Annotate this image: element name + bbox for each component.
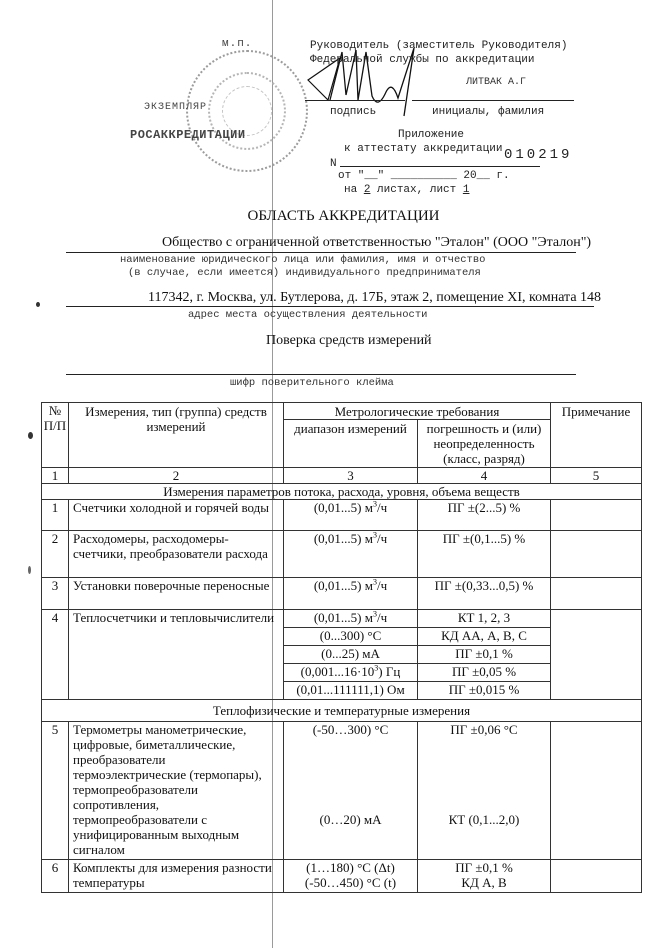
signer-name-stamp: ЛИТВАК А.Г bbox=[466, 77, 526, 88]
certificate-date: от "__" __________ 20__ г. bbox=[338, 170, 510, 182]
table-row: 3 Установки поверочные переносные (0,01.… bbox=[42, 578, 642, 610]
activity-type: Поверка средств измерений bbox=[266, 333, 432, 349]
address-caption: адрес места осуществления деятельности bbox=[188, 309, 427, 321]
row-range: (1…180) °C (Δt) (-50…450) °C (t) bbox=[284, 860, 418, 893]
row-name: Комплекты для измерения разности темпера… bbox=[69, 860, 284, 893]
row-range: (0,001...16·103) Гц bbox=[284, 664, 418, 682]
stamp-copy-label: ЭКЗЕМПЛЯР bbox=[144, 102, 207, 113]
row-range: (-50…300) °C (0…20) мА bbox=[284, 722, 418, 860]
section-title: Теплофизические и температурные измерени… bbox=[42, 700, 642, 722]
authority-title-line2: Федеральной службы по аккредитации bbox=[310, 54, 534, 66]
organization-line bbox=[66, 252, 576, 253]
row-accuracy: ПГ ±0,015 % bbox=[418, 682, 551, 700]
row-note bbox=[551, 578, 642, 610]
row-name: Термометры манометрические, цифровые, би… bbox=[69, 722, 284, 860]
section-title: Измерения параметров потока, расхода, ур… bbox=[42, 484, 642, 500]
name-line bbox=[412, 100, 574, 101]
row-name: Теплосчетчики и тепловычислители bbox=[69, 610, 284, 700]
row-name: Счетчики холодной и горячей воды bbox=[69, 500, 284, 531]
stamp-agency-label: РОСАККРЕДИТАЦИИ bbox=[130, 128, 246, 142]
sheets-prefix: на bbox=[344, 184, 357, 196]
row-name: Расходомеры, расходомеры-счетчики, преоб… bbox=[69, 531, 284, 578]
row-note bbox=[551, 531, 642, 578]
signature-caption: подпись bbox=[330, 106, 376, 118]
accreditation-scope-table: № П/П Измерения, тип (группа) средств из… bbox=[41, 402, 642, 893]
header-metrological: Метрологические требования bbox=[284, 403, 551, 420]
organization-caption-2: (в случае, если имеется) индивидуального… bbox=[128, 267, 481, 279]
table-row: 4 Теплосчетчики и тепловычислители (0,01… bbox=[42, 610, 642, 628]
certificate-number-prefix: N bbox=[330, 158, 337, 170]
row-accuracy: ПГ ±0,06 °C КТ (0,1...2,0) bbox=[418, 722, 551, 860]
row-range: (0...300) °C bbox=[284, 628, 418, 646]
sheets-info: на 2 листах, лист 1 bbox=[344, 184, 469, 196]
row-note bbox=[551, 860, 642, 893]
header-accuracy: погрешность и (или) неопределенность (кл… bbox=[418, 420, 551, 468]
header-range: диапазон измерений bbox=[284, 420, 418, 468]
stamp-code-caption: шифр поверительного клейма bbox=[230, 377, 394, 389]
seal-label: м.п. bbox=[222, 38, 252, 50]
row-accuracy: ПГ ±0,1 % КД А, В bbox=[418, 860, 551, 893]
table-row: 2 Расходомеры, расходомеры-счетчики, пре… bbox=[42, 531, 642, 578]
appendix-label: Приложение bbox=[398, 129, 464, 141]
row-num: 1 bbox=[42, 500, 69, 531]
stamp-code-line bbox=[66, 374, 576, 375]
row-num: 2 bbox=[42, 531, 69, 578]
organization-caption-1: наименование юридического лица или фамил… bbox=[120, 254, 485, 266]
row-accuracy: ПГ ±(0,1...5) % bbox=[418, 531, 551, 578]
row-num: 4 bbox=[42, 610, 69, 700]
row-name: Установки поверочные переносные bbox=[69, 578, 284, 610]
column-number: 4 bbox=[418, 468, 551, 484]
row-note bbox=[551, 610, 642, 700]
column-number: 3 bbox=[284, 468, 418, 484]
table-row: 5 Термометры манометрические, цифровые, … bbox=[42, 722, 642, 860]
document-title: ОБЛАСТЬ АККРЕДИТАЦИИ bbox=[10, 208, 667, 225]
row-accuracy: ПГ ±(2...5) % bbox=[418, 500, 551, 531]
margin-speck bbox=[28, 566, 31, 574]
row-num: 5 bbox=[42, 722, 69, 860]
sheets-middle: листах, лист bbox=[377, 184, 456, 196]
row-accuracy: ПГ ±0,1 % bbox=[418, 646, 551, 664]
row-range: (0,01...5) м3/ч bbox=[284, 531, 418, 578]
header-measurement: Измерения, тип (группа) средств измерени… bbox=[69, 403, 284, 468]
row-range: (0,01...5) м3/ч bbox=[284, 500, 418, 531]
certificate-number: 010219 bbox=[504, 147, 572, 163]
sheet-current: 1 bbox=[463, 184, 470, 196]
row-range: (0,01...5) м3/ч bbox=[284, 578, 418, 610]
row-num: 3 bbox=[42, 578, 69, 610]
header-num: № П/П bbox=[42, 403, 69, 468]
sheets-total: 2 bbox=[364, 184, 371, 196]
address: 117342, г. Москва, ул. Бутлерова, д. 17Б… bbox=[148, 290, 601, 306]
row-note bbox=[551, 500, 642, 531]
name-caption: инициалы, фамилия bbox=[432, 106, 544, 118]
address-line bbox=[66, 306, 594, 307]
column-number: 2 bbox=[69, 468, 284, 484]
row-accuracy: ПГ ±(0,33...0,5) % bbox=[418, 578, 551, 610]
row-range: (0...25) мА bbox=[284, 646, 418, 664]
margin-speck bbox=[36, 302, 40, 307]
table-row: 1 Счетчики холодной и горячей воды (0,01… bbox=[42, 500, 642, 531]
row-note bbox=[551, 722, 642, 860]
signature-line bbox=[305, 100, 405, 101]
row-accuracy: ПГ ±0,05 % bbox=[418, 664, 551, 682]
organization-name: Общество с ограниченной ответственностью… bbox=[162, 235, 582, 251]
table-row: 6 Комплекты для измерения разности темпе… bbox=[42, 860, 642, 893]
row-accuracy: КД АА, А, В, С bbox=[418, 628, 551, 646]
column-number: 1 bbox=[42, 468, 69, 484]
authority-title-line1: Руководитель (заместитель Руководителя) bbox=[310, 40, 567, 52]
column-number: 5 bbox=[551, 468, 642, 484]
margin-speck bbox=[28, 432, 33, 439]
header-note: Примечание bbox=[551, 403, 642, 468]
row-range: (0,01...5) м3/ч bbox=[284, 610, 418, 628]
certificate-label: к аттестату аккредитации bbox=[344, 143, 502, 155]
row-range: (0,01...111111,1) Ом bbox=[284, 682, 418, 700]
row-num: 6 bbox=[42, 860, 69, 893]
certificate-number-line bbox=[340, 166, 540, 167]
row-accuracy: КТ 1, 2, 3 bbox=[418, 610, 551, 628]
